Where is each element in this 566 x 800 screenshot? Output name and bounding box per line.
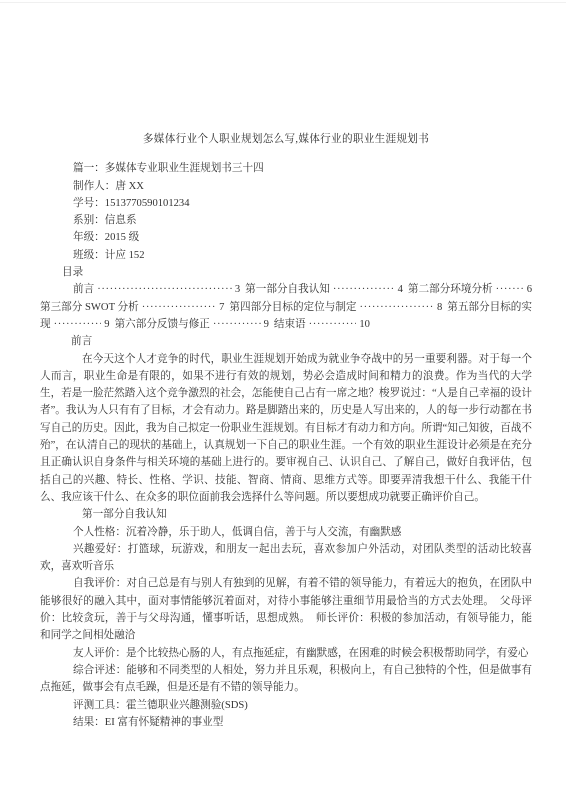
toc-leader-dots: ········································… — [309, 316, 357, 333]
toc-entry-conclusion: 结束语 — [274, 316, 306, 333]
toc-page-number: 3 — [235, 281, 240, 298]
hobbies-paragraph: 兴趣爱好：打篮球，玩游戏，和朋友一起出去玩，喜欢参加户外活动，对团队类型的活动比… — [40, 541, 532, 576]
preface-paragraph: 在今天这个人才竞争的时代，职业生涯规划开始成为就业争夺战中的另一重要利器。对于每… — [40, 351, 532, 507]
toc-line-2: 第三部分 SWOT 分析 ···························… — [40, 299, 532, 316]
meta-student-id: 学号：1513770590101234 — [40, 195, 532, 212]
meta-department: 系别：信息系 — [40, 212, 532, 229]
meta-author: 制作人：唐 XX — [40, 178, 532, 195]
toc-page-number: 8 — [437, 299, 442, 316]
toc-line-3: 现 ······································… — [40, 316, 532, 333]
assessment-tool-paragraph: 评测工具：霍兰德职业兴趣测验(SDS) — [40, 697, 532, 714]
meta-class: 班级：计应 152 — [40, 247, 532, 264]
meta-part-label: 篇一：多媒体专业职业生涯规划书三十四 — [40, 160, 532, 177]
toc-entry-preface: 前言 — [73, 281, 94, 298]
meta-grade: 年级：2015 级 — [40, 229, 532, 246]
toc-leader-dots: ········································… — [496, 281, 524, 298]
part1-heading: 第一部分自我认知 — [40, 506, 532, 523]
self-evaluation-paragraph: 自我评价：对自己总是有与别人有独到的见解，有着不错的领导能力，有着远大的抱负，在… — [40, 575, 532, 644]
toc-entry-part2: 第二部分环境分析 — [408, 281, 493, 298]
comprehensive-review-paragraph: 综合评述：能够和不同类型的人相处，努力并且乐观，积极向上，有自己独特的个性，但是… — [40, 662, 532, 697]
toc-page-number: 9 — [264, 316, 269, 333]
toc-leader-dots: ········································… — [97, 281, 232, 298]
toc-page-number: 7 — [219, 299, 224, 316]
toc-leader-dots: ········································… — [333, 281, 395, 298]
toc-entry-part3: 第三部分 SWOT 分析 — [40, 299, 139, 316]
friend-evaluation-paragraph: 友人评价：是个比较热心肠的人，有点拖延症，有幽默感，在困难的时候会积极帮助同学，… — [40, 645, 532, 662]
toc-entry-part4: 第四部分目标的定位与制定 — [229, 299, 356, 316]
toc-entry-part1: 第一部分自我认知 — [245, 281, 330, 298]
toc-page-number: 10 — [359, 316, 370, 333]
toc-page-number: 4 — [398, 281, 403, 298]
toc-leader-dots: ········································… — [213, 316, 261, 333]
toc-entry-part5-tail: 现 — [40, 316, 51, 333]
preface-heading: 前言 — [40, 333, 532, 350]
toc-leader-dots: ········································… — [360, 299, 434, 316]
document-page: 多媒体行业个人职业规划怎么写,媒体行业的职业生涯规划书 篇一：多媒体专业职业生涯… — [0, 0, 566, 800]
personality-paragraph: 个人性格：沉着冷静，乐于助人，低调自信，善于与人交流，有幽默感 — [40, 524, 532, 541]
toc-page-number: 9 — [104, 316, 109, 333]
toc-heading: 目录 — [40, 264, 532, 281]
assessment-result-paragraph: 结果：EI 富有怀疑精神的事业型 — [40, 714, 532, 731]
toc-entry-part5-head: 第五部分目标的实 — [447, 299, 532, 316]
toc-leader-dots: ········································… — [54, 316, 102, 333]
toc-entry-part6: 第六部分反馈与修正 — [115, 316, 210, 333]
toc-line-1: 前言 ·····································… — [40, 281, 532, 298]
page-title: 多媒体行业个人职业规划怎么写,媒体行业的职业生涯规划书 — [40, 131, 532, 148]
toc-leader-dots: ········································… — [142, 299, 216, 316]
toc-page-number: 6 — [527, 281, 532, 298]
